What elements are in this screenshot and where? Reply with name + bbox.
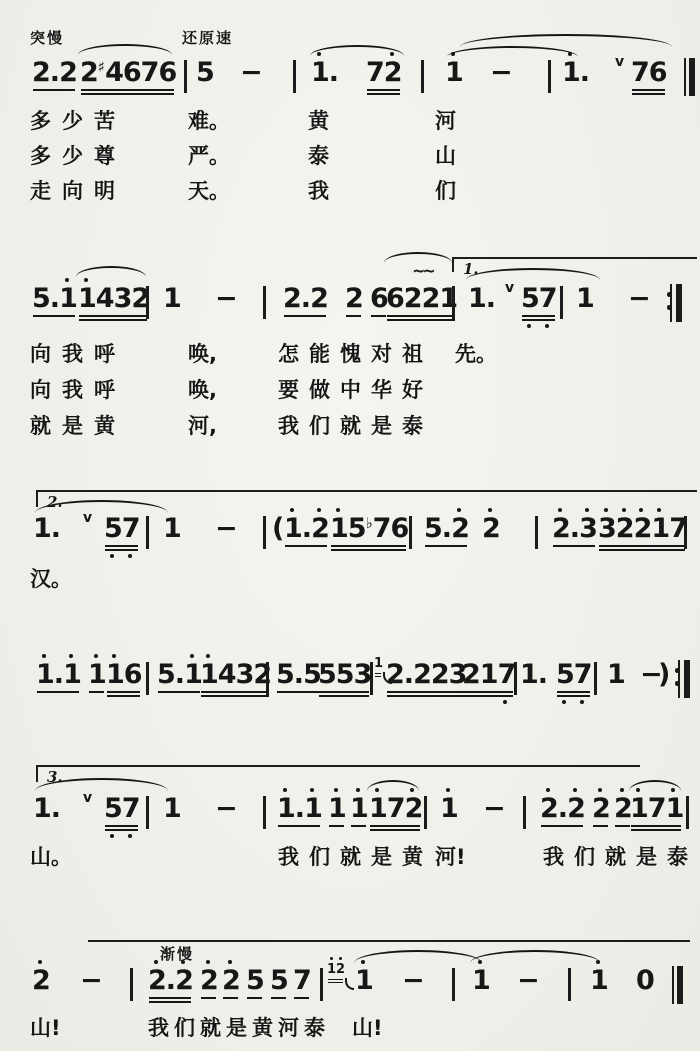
note-group: 2 [482,514,500,544]
note-digit: 5 [196,58,214,88]
note-group: v [82,794,92,824]
note-digit: 2 [253,660,271,690]
note-digit: 5 [276,660,294,690]
note-group: 2♯4676 [80,58,176,88]
note-digit: 5 [521,284,539,314]
note-digit: . [570,514,579,544]
note-group: − [215,284,237,314]
note-digit: . [580,58,589,88]
lyric-text: 向我呼 [30,374,126,404]
note-digit: 1 [33,794,51,824]
octave-dot-above [181,960,185,964]
lyric-text: 们 [435,175,456,205]
octave-dot-above [317,52,321,56]
note-group: 2 [200,966,218,996]
note-digit: . [442,514,451,544]
note-group: 5.1 [32,284,77,314]
barline [452,286,455,319]
note-group: 1. [520,660,547,690]
note-group: 5 [270,966,288,996]
octave-dot-above [206,654,210,658]
lyric-text: 黄 [308,105,329,135]
note-digit: 5 [336,660,354,690]
note-digit: . [50,284,59,314]
duration-line [631,829,681,831]
duration-line [387,695,464,697]
duration-line [201,997,216,999]
note-group: 553 [318,660,371,690]
octave-dot-above [310,788,314,792]
lyric-text: 走向明 [30,175,126,205]
duration-line [278,825,320,827]
note-group: 5.5 [276,660,321,690]
duration-line [387,315,455,317]
breath-mark: v [614,47,624,77]
duration-line [285,545,327,547]
breath-mark: v [82,503,92,533]
duration-line [331,545,406,547]
note-group: 2.3 [552,514,597,544]
octave-dot-above [190,654,194,658]
note-group: 1. [562,58,589,88]
octave-dot-above [604,508,608,512]
note-digit: 2 [222,966,240,996]
note-digit: 1 [33,514,51,544]
note-group: 57 [104,794,140,824]
duration-line [247,997,262,999]
lyric-text: 就是黄 [30,410,126,440]
note-digit: 6 [390,514,408,544]
octave-dot-above [283,788,287,792]
note-digit: . [329,58,338,88]
note-digit: 1 [439,284,457,314]
octave-dot-below [503,700,507,704]
octave-dot-below [562,700,566,704]
note-group: 1 [163,284,181,314]
note-digit: 4 [218,660,236,690]
barline [184,60,187,93]
note-group: 2 [592,794,610,824]
note-group: 1 [88,660,106,690]
barline [594,662,597,695]
octave-dot-above [112,654,116,658]
note-digit: 1 [440,794,458,824]
octave-dot-below [527,324,531,328]
barline [146,796,149,829]
duration-line [319,695,369,697]
note-digit: 1 [666,794,684,824]
note-group: 32217 [598,514,687,544]
duration-line [557,695,590,697]
note-group: v [82,514,92,544]
note-digit: 1 [327,962,336,977]
note-group: 57 [521,284,557,314]
note-digit: 5 [157,660,175,690]
slur-tie [354,950,482,963]
barline [263,516,266,549]
note-digit: 1 [163,794,181,824]
scan-rule-line [88,940,690,942]
note-digit: 1 [328,794,346,824]
duration-line [105,825,138,827]
note-digit: 1 [651,514,669,544]
lyric-text: 多少苦 [30,105,126,135]
note-group: 172 [369,794,422,824]
barline [130,968,133,1001]
note-digit: 7 [373,514,391,544]
octave-dot-below [128,834,132,838]
duration-line [371,315,386,317]
mordent-ornament: ~~ [412,261,433,280]
note-group: ( [272,514,283,544]
note-digit: 1 [369,794,387,824]
duration-line [271,997,286,999]
note-group: v [614,58,624,88]
note-digit: . [294,660,303,690]
lyric-text: 河, [188,410,217,440]
tempo-mark: 还原速 [182,27,233,48]
note-digit: 4 [105,58,123,88]
octave-dot-above [488,508,492,512]
end-repeat-barline [666,284,682,322]
note-group: 5.2 [424,514,469,544]
barline [293,60,296,93]
note-group: 1 [328,794,346,824]
note-group: 2.223 [386,660,466,690]
octave-dot-above [206,960,210,964]
duration-line [351,825,366,827]
note-digit: 6 [386,284,404,314]
octave-dot-above [334,788,338,792]
note-group: − [240,58,262,88]
note-digit: − [215,794,237,824]
note-digit: . [558,794,567,824]
barline [320,968,323,1001]
note-digit: 1 [78,284,96,314]
duration-line [105,829,138,831]
note-digit: 7 [574,660,592,690]
note-digit: . [51,794,60,824]
note-group: 72 [366,58,402,88]
lyric-text: 山! [30,1012,61,1042]
note-digit: 1 [311,58,329,88]
duration-line [387,319,455,321]
duration-line [107,695,140,697]
repeat-dot [675,668,680,673]
duration-line [557,691,590,693]
barline [452,968,455,1001]
note-digit: 5 [104,514,122,544]
duration-line [201,695,269,697]
note-digit: 2 [404,284,422,314]
lyric-text: 多少尊 [30,140,126,170]
note-digit: 1 [480,660,498,690]
note-digit: 2 [592,794,610,824]
barline [409,516,412,549]
octave-dot-above [546,788,550,792]
note-group: 1. [33,514,60,544]
note-digit: 5 [246,966,264,996]
repeat-dot [675,681,680,686]
duration-line [294,997,309,999]
note-digit: 1 [355,966,373,996]
note-digit: − [80,966,102,996]
note-digit: 1 [36,660,54,690]
note-digit: 1 [350,794,368,824]
duration-line [33,89,75,91]
note-group: 1 [445,58,463,88]
note-group: 2 [345,284,363,314]
note-digit: . [486,284,495,314]
note-digit: − [240,58,262,88]
note-digit: ( [272,514,283,544]
note-group: 2 [32,966,50,996]
octave-dot-above [69,654,73,658]
octave-dot-above [457,508,461,512]
duration-line [37,691,79,693]
slur-tie [470,950,600,963]
duration-line [599,549,685,551]
note-digit: 2 [540,794,558,824]
lyric-text: 先。 [455,338,497,368]
octave-dot-above [290,508,294,512]
note-group: 57 [104,514,140,544]
note-group: 7 [293,966,311,996]
octave-dot-above [317,508,321,512]
note-digit: 2 [283,284,301,314]
grace-hook [345,978,354,990]
duration-line [375,673,381,675]
note-digit: 6 [158,58,176,88]
note-digit: 1 [200,660,218,690]
duration-line [631,825,681,827]
note-digit: 2 [482,514,500,544]
note-group: 1432 [200,660,271,690]
octave-dot-above [330,957,333,960]
note-digit: . [295,794,304,824]
lyric-text: 河! [435,841,466,871]
note-group: 1 [355,966,373,996]
octave-dot-above [598,788,602,792]
note-digit: 5 [32,284,50,314]
note-digit: 3 [236,660,254,690]
note-group: 217 [462,660,515,690]
repeat-dot [667,292,672,297]
note-digit: 2 [634,514,652,544]
note-digit: 1 [520,660,538,690]
duration-line [149,997,191,999]
note-digit: 2 [80,58,98,88]
duration-line [79,315,147,317]
note-digit: . [175,660,184,690]
duration-line [387,691,464,693]
note-digit: − [483,794,505,824]
note-digit: 5 [348,514,366,544]
note-group: 1.1 [277,794,322,824]
duration-line [593,825,608,827]
note-digit: 4 [96,284,114,314]
note-digit: 2 [431,660,449,690]
tempo-mark: 突慢 [30,27,64,48]
note-group: 0 [636,966,654,996]
barline [686,796,689,829]
note-digit: 1 [163,514,181,544]
barline [514,662,517,695]
octave-dot-above [38,960,42,964]
octave-dot-above [657,508,661,512]
note-digit: 1 [163,284,181,314]
octave-dot-above [94,654,98,658]
note-group: 1.2 [284,514,329,544]
tempo-mark: 渐慢 [160,943,194,964]
note-digit: 2 [422,284,440,314]
barline [370,662,373,695]
octave-dot-below [128,554,132,558]
note-group: − [490,58,512,88]
repeat-dot [667,305,672,310]
barline [421,60,424,93]
note-digit: 2 [616,514,634,544]
barline [146,516,149,549]
lyric-text: 我 [308,175,329,205]
breath-mark: v [82,783,92,813]
lyric-text: 要做中华好 [278,374,433,404]
note-group: 6221 [386,284,457,314]
lyric-text: 怎能愧对祖 [278,338,433,368]
note-digit: 5 [104,794,122,824]
accidental: ♭ [366,508,373,538]
barline [548,60,551,93]
duration-line [367,93,400,95]
note-group: 1 [163,794,181,824]
octave-dot-below [580,700,584,704]
lyric-text: 向我呼 [30,338,126,368]
slur-tie [460,34,672,47]
note-digit: 1 [468,284,486,314]
duration-line [522,319,555,321]
note-group: 2.2 [540,794,585,824]
lyric-text: 我们就是泰 [278,410,433,440]
note-digit: 5 [270,966,288,996]
note-digit: 2 [386,660,404,690]
barline-thin [670,284,673,322]
note-digit: 6 [124,660,142,690]
duration-line [328,979,343,981]
octave-dot-above [228,960,232,964]
note-group: − [628,284,650,314]
duration-line [105,545,138,547]
duration-line [81,93,174,95]
note-digit: 2 [59,58,77,88]
duration-line [346,315,361,317]
note-digit: 3 [354,660,372,690]
octave-dot-above [671,788,675,792]
slur-tie [76,266,146,277]
octave-dot-above [410,788,414,792]
note-digit: 5 [424,514,442,544]
note-digit: 6 [649,58,667,88]
octave-dot-above [375,788,379,792]
note-group: 16 [106,660,142,690]
octave-dot-above [585,508,589,512]
note-group: 2.2 [32,58,77,88]
note-digit: 2 [413,660,431,690]
note-digit: 7 [122,794,140,824]
lyric-text: 天。 [188,175,230,205]
final-barline [672,966,683,1004]
octave-dot-above [356,788,360,792]
duration-line [632,89,665,91]
note-group: 1 [350,794,368,824]
octave-dot-above [636,788,640,792]
note-group: 5 [196,58,214,88]
note-digit: 2 [311,514,329,544]
barline [684,516,687,549]
note-digit: . [166,966,175,996]
slur-tie [447,46,578,57]
note-digit: 1 [472,966,490,996]
duration-line [158,691,200,693]
note-digit: 3 [598,514,616,544]
duration-line [370,825,420,827]
sheet-music-page: 突慢还原速2.22♯46765−1.721−1.v76多少苦难。黄河多少尊严。泰… [0,0,700,1051]
note-digit: 7 [122,514,140,544]
note-group: 5.1 [157,660,202,690]
note-digit: 1 [106,660,124,690]
note-digit: − [517,966,539,996]
note-group: v [504,284,514,314]
barline [535,516,538,549]
note-group: 2 [222,966,240,996]
note-group: 2.2 [148,966,193,996]
barline [146,286,149,319]
duration-line [89,691,104,693]
note-digit: 1 [630,794,648,824]
note-digit: 2 [148,966,166,996]
lyric-text: 河 [435,105,456,135]
barline [568,968,571,1001]
barline [263,286,266,319]
octave-dot-above [573,788,577,792]
octave-dot-above [84,278,88,282]
octave-dot-above [446,788,450,792]
note-group: 57 [556,660,592,690]
note-digit: − [490,58,512,88]
lyric-text: 汉。 [30,563,72,593]
octave-dot-above [639,508,643,512]
duration-line [553,545,595,547]
barline [146,662,149,695]
octave-dot-above [65,278,69,282]
note-group: 1432 [78,284,149,314]
note-digit: − [215,284,237,314]
octave-dot-above [451,52,455,56]
note-digit: 2 [200,966,218,996]
note-group: ) [658,660,669,690]
end-repeat-barline [674,660,690,698]
octave-dot-below [545,324,549,328]
note-digit: 1 [562,58,580,88]
note-digit: 2 [462,660,480,690]
duration-line [425,545,467,547]
duration-line [328,982,343,984]
note-group: 2.2 [283,284,328,314]
duration-line [331,549,406,551]
note-group: 15♭76 [330,514,408,544]
note-group: 5 [246,966,264,996]
duration-line [105,549,138,551]
note-digit: 1 [304,794,322,824]
